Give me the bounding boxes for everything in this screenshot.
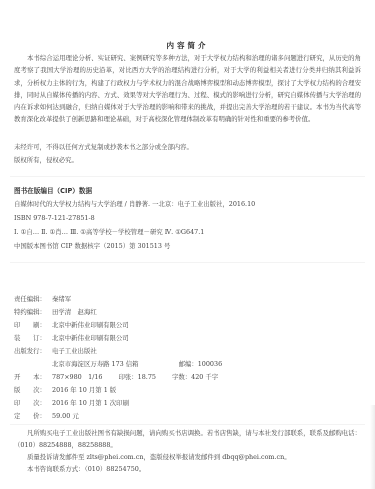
- publisher-label: 出版发行：: [14, 346, 52, 356]
- postcode-label: 邮编：: [179, 360, 198, 368]
- cip-isbn: ISBN 978-7-121-27851-8: [14, 213, 95, 223]
- scan-edge-shadow: [370, 405, 375, 489]
- postcode-value: 100036: [198, 360, 222, 368]
- credit-editor: 责任编辑：秦绪军: [14, 294, 71, 304]
- copyright-notice: 未经许可，不得以任何方式复制或抄袭本书之部分或全部内容。: [14, 142, 193, 152]
- sheets-label: 印张：: [119, 373, 138, 381]
- publisher-value: 电子工业出版社: [52, 347, 97, 355]
- cip-heading: 图书在版编目（CIP）数据: [14, 185, 92, 195]
- impression-label: 印 次：: [14, 398, 52, 408]
- printing-value: 北京中新伟业印刷有限公司: [52, 321, 129, 329]
- divider: [10, 176, 365, 177]
- footer-contact: 本书咨询联系方式：（010）88254750。: [27, 464, 145, 474]
- credit-printing: 印 刷：北京中新伟业印刷有限公司: [14, 320, 129, 330]
- price-value: 59.00 元: [52, 412, 79, 420]
- summary-body: 本书综合运用理论分析、实证研究、案例研究等多种方法，对于大学权力结构和治理的诸多…: [14, 52, 361, 126]
- words-label: 字数：: [172, 373, 191, 381]
- address-value: 北京市海淀区万寿路 173 信箱: [52, 360, 139, 368]
- format-value: 787×980 1/16: [52, 373, 103, 381]
- credit-edition: 版 次：2016 年 10 月第 1 版: [14, 385, 116, 395]
- credit-binding: 装 订：北京中新伟业印刷有限公司: [14, 333, 129, 343]
- edition-label: 版 次：: [14, 385, 52, 395]
- special-editor-label: 特约编辑：: [14, 307, 52, 317]
- rights-reserved: 版权所有，侵权必究。: [14, 155, 78, 165]
- format-label: 开 本：: [14, 372, 52, 382]
- credit-price: 定 价：59.00 元: [14, 411, 79, 421]
- editor-label: 责任编辑：: [14, 294, 52, 304]
- editor-value: 秦绪军: [52, 295, 71, 303]
- credit-address: 北京市海淀区万寿路 173 信箱邮编：100036: [14, 359, 222, 369]
- printing-label: 印 刷：: [14, 320, 52, 330]
- special-editor-value: 田学清 赵海红: [52, 308, 97, 316]
- divider: [10, 424, 365, 425]
- binding-value: 北京中新伟业印刷有限公司: [52, 334, 129, 342]
- price-label: 定 价：: [14, 411, 52, 421]
- impression-value: 2016 年 10 月第 1 次印刷: [52, 399, 129, 407]
- edition-value: 2016 年 10 月第 1 版: [52, 386, 116, 394]
- words-value: 420 千字: [191, 373, 218, 381]
- sheets-value: 18.75: [138, 373, 156, 381]
- credit-special-editor: 特约编辑：田学清 赵海红: [14, 307, 97, 317]
- credit-publisher: 出版发行：电子工业出版社: [14, 346, 97, 356]
- summary-title: 内容简介: [0, 40, 375, 51]
- footer-purchase-notice: 凡所购买电子工业出版社图书有缺损问题，请向购买书店调换。若书店售缺，请与本社发行…: [14, 428, 361, 451]
- cip-title-line: 自媒体时代的大学权力结构与大学治理 / 肖静著. 一北京：电子工业出版社，201…: [14, 199, 255, 209]
- footer-complaint: 质量投诉请发邮件至 zlts@phei.com.cn，盗版侵权举报请发邮件到 d…: [27, 452, 291, 462]
- cip-classification: Ⅰ. ①自… Ⅱ. ①肖… Ⅲ. ①高等学校－学校管理－研究 Ⅳ. ①G647.…: [14, 227, 204, 237]
- binding-label: 装 订：: [14, 333, 52, 343]
- credit-format: 开 本：787×980 1/16印张：18.75字数：420 千字: [14, 372, 218, 382]
- cip-record: 中国版本图书馆 CIP 数据核字（2015）第 301513 号: [14, 241, 170, 251]
- copyright-page: 内容简介 本书综合运用理论分析、实证研究、案例研究等多种方法，对于大学权力结构和…: [0, 0, 375, 489]
- divider: [10, 262, 365, 263]
- credit-impression: 印 次：2016 年 10 月第 1 次印刷: [14, 398, 129, 408]
